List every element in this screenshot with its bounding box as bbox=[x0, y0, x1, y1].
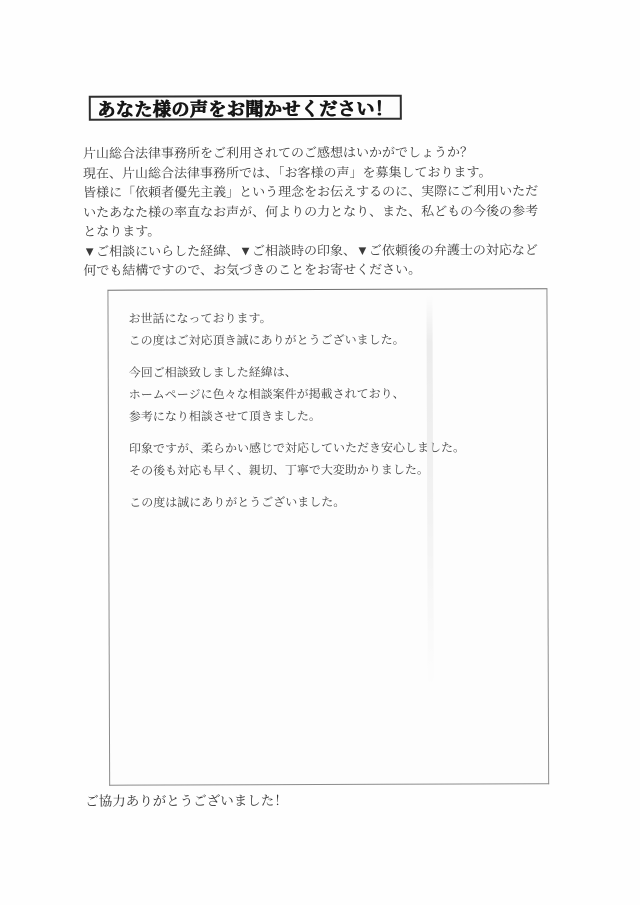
intro-line: 皆様に「依頼者優先主義」という理念をお伝えするのに、実際にご利用いただ bbox=[83, 181, 573, 202]
intro-line: ▼ご相談にいらした経緯、▼ご相談時の印象、▼ご依頼後の弁護士の対応など bbox=[83, 240, 573, 261]
intro-line: 片山総合法律事務所をご利用されてのご感想はいかがでしょうか？ bbox=[83, 142, 573, 163]
page-title: あなた様の声をお聞かせください！ bbox=[97, 94, 393, 122]
feedback-line: お世話になっております。 bbox=[128, 306, 532, 329]
intro-line: 現在、片山総合法律事務所では、「お客様の声」を募集しております。 bbox=[83, 162, 573, 183]
feedback-paragraph: お世話になっております。 この度はご対応頂き誠にありがとうございました。 bbox=[128, 306, 532, 351]
feedback-line: 参考になり相談させて頂きました。 bbox=[129, 404, 533, 427]
footer-thanks-text: ご協力ありがとうございました！ bbox=[85, 789, 288, 810]
intro-line: 何でも結構ですので、お気づきのことをお寄せください。 bbox=[83, 259, 573, 280]
feedback-line: この度はご対応頂き誠にありがとうございました。 bbox=[129, 328, 533, 351]
feedback-paragraph: 印象ですが、柔らかい感じで対応していただき安心しました。 その後も対応も早く、親… bbox=[129, 436, 533, 481]
intro-line: いたあなた様の率直なお声が、何よりの力となり、また、私どもの今後の参考 bbox=[83, 201, 573, 222]
intro-line: となります。 bbox=[83, 220, 573, 241]
feedback-paragraph: 今回ご相談致しました経緯は、 ホームページに色々な相談案件が掲載されており、 参… bbox=[129, 360, 533, 427]
feedback-line: 今回ご相談致しました経緯は、 bbox=[129, 360, 533, 383]
scanned-document-page: あなた様の声をお聞かせください！ 片山総合法律事務所をご利用されてのご感想はいか… bbox=[0, 0, 640, 905]
customer-feedback-box: お世話になっております。 この度はご対応頂き誠にありがとうございました。 今回ご… bbox=[107, 288, 549, 786]
feedback-line: ホームページに色々な相談案件が掲載されており、 bbox=[129, 382, 533, 405]
feedback-line: 印象ですが、柔らかい感じで対応していただき安心しました。 bbox=[129, 436, 533, 459]
intro-paragraph: 片山総合法律事務所をご利用されてのご感想はいかがでしょうか？ 現在、片山総合法律… bbox=[83, 142, 573, 280]
feedback-line: この度は誠にありがとうございました。 bbox=[129, 490, 533, 513]
feedback-paragraph: この度は誠にありがとうございました。 bbox=[129, 490, 533, 513]
header-title-box: あなた様の声をお聞かせください！ bbox=[89, 95, 402, 121]
paper-sheet: あなた様の声をお聞かせください！ 片山総合法律事務所をご利用されてのご感想はいか… bbox=[0, 0, 640, 905]
feedback-line: その後も対応も早く、親切、丁寧で大変助かりました。 bbox=[129, 458, 533, 481]
